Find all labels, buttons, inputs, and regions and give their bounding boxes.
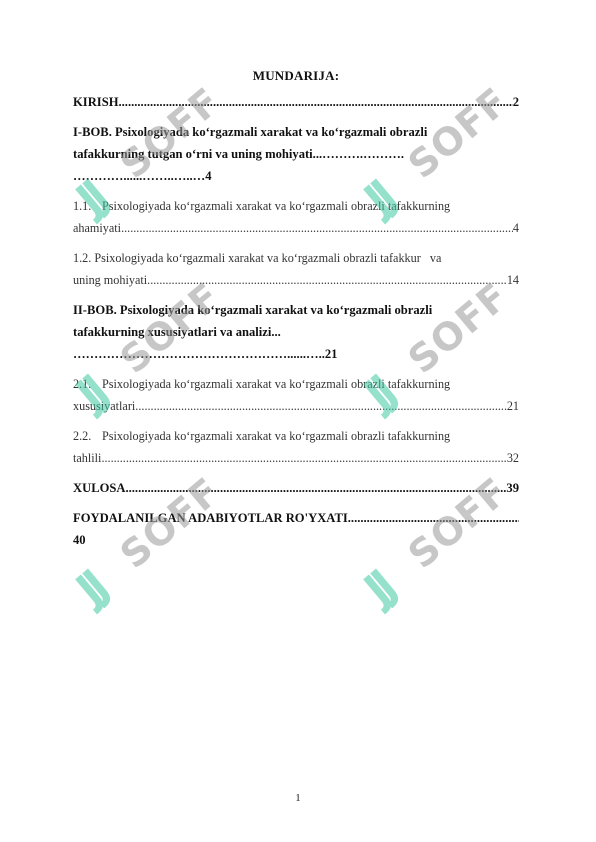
document-page: MUNDARIJA: KIRISH 2 I-BOB. Psixologiyada…: [0, 0, 596, 842]
section-number: 1.1.: [73, 195, 102, 217]
table-of-contents: MUNDARIJA: KIRISH 2 I-BOB. Psixologiyada…: [73, 68, 519, 551]
toc-entry-label: KIRISH: [73, 91, 119, 113]
toc-entry-label-cont: tafakkurning xususiyatlari va analizi...: [73, 321, 519, 343]
toc-entry-xulosa[interactable]: XULOSA 39: [73, 477, 519, 499]
toc-page-number: 21: [507, 395, 519, 417]
toc-page-number: 4: [513, 217, 519, 239]
leader-dots: [119, 91, 513, 113]
toc-entry-label-cont: xususiyatlari: [73, 395, 135, 417]
toc-entry-leader-line: ……………………………………………......…..21: [73, 343, 519, 365]
toc-entry-label: XULOSA: [73, 477, 125, 499]
watermark-mark: JJ: [355, 564, 402, 615]
toc-entry-label-cont: uning mohiyati: [73, 269, 147, 291]
toc-entry-label-cont: tahlili: [73, 447, 101, 469]
toc-entry-label-cont: tafakkurning tutgan o‘rni va uning mohiy…: [73, 143, 519, 165]
toc-page-number: 4: [205, 169, 211, 183]
leader-dots: [125, 477, 506, 499]
leader-dots: [101, 447, 506, 469]
toc-entry-references[interactable]: FOYDALANILGAN ADABIYOTLAR RO'YXATI 40: [73, 507, 519, 551]
leader-dots: [135, 395, 507, 417]
leader-dots: [121, 217, 513, 239]
toc-entry-1-1[interactable]: 1.1.Psixologiyada ko‘rgazmali xarakat va…: [73, 195, 519, 239]
toc-entry-2-2[interactable]: 2.2.Psixologiyada ko‘rgazmali xarakat va…: [73, 425, 519, 469]
toc-entry-label: I-BOB. Psixologiyada ko‘rgazmali xarakat…: [73, 121, 519, 143]
section-number: 2.1.: [73, 373, 102, 395]
toc-entry-kirish[interactable]: KIRISH 2: [73, 91, 519, 113]
toc-title: MUNDARIJA:: [73, 68, 519, 84]
toc-page-number: 40: [73, 529, 519, 551]
toc-page-number: 14: [507, 269, 519, 291]
toc-entry-label-cont: ahamiyati: [73, 217, 121, 239]
toc-entry-label: Psixologiyada ko‘rgazmali xarakat va ko‘…: [94, 251, 441, 265]
toc-entry-chapter-1[interactable]: I-BOB. Psixologiyada ko‘rgazmali xarakat…: [73, 121, 519, 187]
toc-entry-2-1[interactable]: 2.1.Psixologiyada ko‘rgazmali xarakat va…: [73, 373, 519, 417]
toc-entry-label: FOYDALANILGAN ADABIYOTLAR RO'YXATI: [73, 507, 348, 529]
toc-entry-leader-line: …………......……..…..…4: [73, 165, 519, 187]
leader-dots: [348, 507, 519, 529]
watermark-mark: JJ: [67, 564, 114, 615]
toc-entry-chapter-2[interactable]: II-BOB. Psixologiyada ko‘rgazmali xaraka…: [73, 299, 519, 365]
toc-page-number: 21: [325, 347, 338, 361]
leader-dots: [147, 269, 507, 291]
toc-entry-label: Psixologiyada ko‘rgazmali xarakat va ko‘…: [102, 377, 450, 391]
toc-entry-label: Psixologiyada ko‘rgazmali xarakat va ko‘…: [102, 199, 450, 213]
section-number: 1.2.: [73, 251, 91, 265]
toc-entry-label: Psixologiyada ko‘rgazmali xarakat va ko‘…: [102, 429, 450, 443]
toc-page-number: 32: [507, 447, 519, 469]
section-number: 2.2.: [73, 425, 102, 447]
toc-entry-1-2[interactable]: 1.2. Psixologiyada ko‘rgazmali xarakat v…: [73, 247, 519, 291]
toc-page-number: 39: [506, 477, 519, 499]
toc-entry-label: II-BOB. Psixologiyada ko‘rgazmali xaraka…: [73, 299, 519, 321]
toc-page-number: 2: [513, 91, 519, 113]
page-number: 1: [0, 792, 596, 804]
